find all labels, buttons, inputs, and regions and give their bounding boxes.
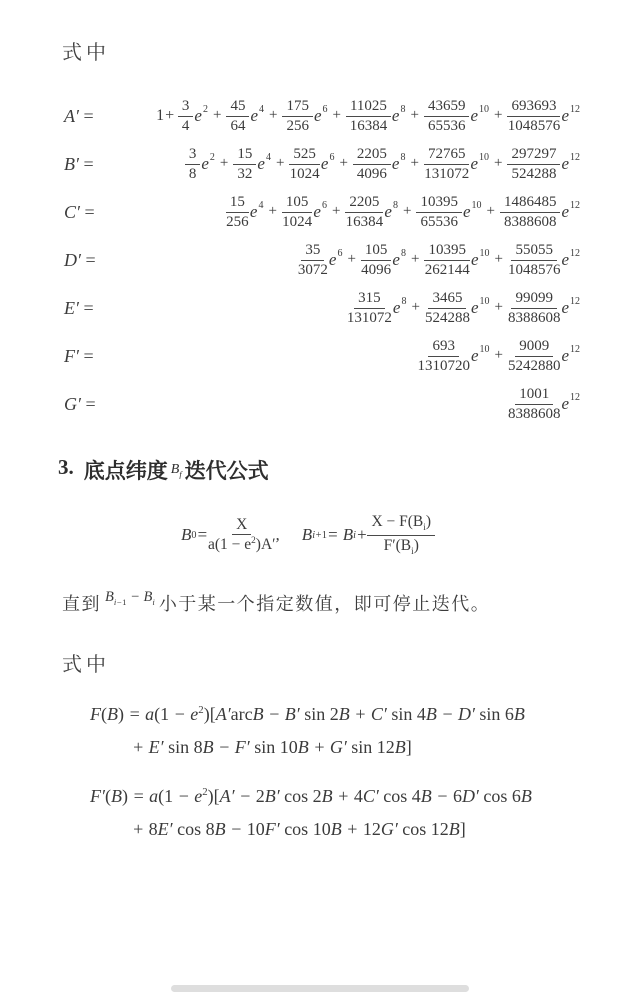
fpb-formula: F′(B) = a(1 − e2)[A′ − 2B′ cos 2B + 4C′ …: [90, 780, 532, 846]
fraction: 22054096: [353, 146, 391, 183]
plus-operator: +: [486, 203, 494, 220]
coefficient-equations: A′ = 1+34e2+4564e4+175256e6+1102516384e8…: [64, 92, 580, 428]
heading-text-post: 迭代公式: [185, 460, 269, 483]
fraction: 6931310720: [417, 338, 470, 375]
fraction: 220516384: [345, 194, 383, 231]
e-variable: e: [470, 154, 478, 174]
e-variable: e: [250, 202, 258, 222]
e-exponent: 4: [266, 152, 271, 163]
e-variable: e: [470, 106, 478, 126]
equation-label: B′ =: [64, 154, 122, 175]
plus-operator: +: [332, 203, 340, 220]
e-exponent: 2: [210, 152, 215, 163]
stop-condition-chinese: 小于某一个指定数值，即可停止迭代。: [159, 590, 491, 616]
where-label-bottom: 式中: [62, 648, 110, 677]
e-exponent: 8: [401, 248, 406, 259]
equation-label: D′ =: [64, 250, 122, 271]
e-variable: e: [329, 250, 337, 270]
plus-operator: +: [220, 155, 228, 172]
fraction: 353072: [298, 242, 328, 279]
fraction: 1054096: [361, 242, 392, 279]
fraction: 10395262144: [424, 242, 470, 279]
fraction: 15256: [226, 194, 249, 231]
e-exponent: 8: [400, 152, 405, 163]
fpb-formula-line2: + 8E′ cos 8B − 10F′ cos 10B + 12G′ cos 1…: [90, 813, 532, 846]
e-variable: e: [561, 250, 569, 270]
e-exponent: 8: [393, 200, 398, 211]
e-exponent: 4: [259, 104, 264, 115]
fraction: 175256: [282, 98, 313, 135]
e-variable: e: [194, 106, 202, 126]
equation-row: E′ = 315131072e8+3465524288e10+990998388…: [64, 284, 580, 332]
plus-operator: +: [494, 107, 502, 124]
fraction: 34: [178, 98, 194, 135]
iteration-formula: B0 = Xa(1 − e2)A′,Bi+1 = Bi + X − F(Bi)F…: [0, 500, 628, 570]
equation-terms: 38e2+1532e4+5251024e6+22054096e8+7276513…: [185, 146, 580, 183]
fpb-formula-line1: F′(B) = a(1 − e2)[A′ − 2B′ cos 2B + 4C′ …: [90, 780, 532, 813]
e-variable: e: [384, 202, 392, 222]
e-variable: e: [392, 250, 400, 270]
plus-operator: +: [269, 107, 277, 124]
fraction: 315131072: [347, 290, 392, 327]
plus-operator: +: [333, 107, 341, 124]
e-exponent: 12: [570, 200, 580, 211]
fraction: 38: [185, 146, 201, 183]
fraction: Xa(1 − e2)A′: [208, 516, 276, 554]
e-variable: e: [561, 106, 569, 126]
e-exponent: 12: [570, 104, 580, 115]
equation-label: A′ =: [64, 106, 122, 127]
equation-row: A′ = 1+34e2+4564e4+175256e6+1102516384e8…: [64, 92, 580, 140]
fraction: 297297524288: [507, 146, 560, 183]
fraction: 1102516384: [346, 98, 391, 135]
e-variable: e: [250, 106, 258, 126]
fraction: 1532: [233, 146, 256, 183]
equation-terms: 15256e4+1051024e6+220516384e8+1039565536…: [226, 194, 580, 231]
document-page: 式中 A′ = 1+34e2+4564e4+175256e6+110251638…: [0, 0, 640, 994]
e-variable: e: [471, 298, 479, 318]
fraction: 550551048576: [508, 242, 561, 279]
equation-label: E′ =: [64, 298, 122, 319]
e-variable: e: [393, 298, 401, 318]
equation-label: C′ =: [64, 202, 122, 223]
plus-operator: +: [410, 155, 418, 172]
fraction: X − F(Bi)F′(Bi): [367, 513, 435, 557]
fb-formula-line2: + E′ sin 8B − F′ sin 10B + G′ sin 12B]: [90, 731, 525, 764]
fb-formula: F(B) = a(1 − e2)[A′arcB − B′ sin 2B + C′…: [90, 698, 525, 764]
plus-operator: +: [268, 203, 276, 220]
heading-text-pre: 底点纬度: [84, 460, 168, 483]
e-exponent: 6: [322, 200, 327, 211]
plus-operator: +: [411, 299, 419, 316]
stop-condition-chinese: 直到: [62, 590, 101, 616]
plus-operator: +: [411, 251, 419, 268]
e-variable: e: [561, 394, 569, 414]
where-label-top: 式中: [62, 36, 110, 65]
e-variable: e: [561, 298, 569, 318]
e-exponent: 12: [570, 392, 580, 403]
fraction: 5251024: [289, 146, 320, 183]
e-exponent: 12: [570, 296, 580, 307]
fraction: 990998388608: [508, 290, 561, 327]
equation-row: B′ = 38e2+1532e4+5251024e6+22054096e8+72…: [64, 140, 580, 188]
e-exponent: 2: [203, 104, 208, 115]
stop-condition-text: 直到Bi−1 − Bi小于某一个指定数值，即可停止迭代。: [62, 590, 490, 616]
equation-row: C′ = 15256e4+1051024e6+220516384e8+10395…: [64, 188, 580, 236]
fraction: 6936931048576: [507, 98, 560, 135]
e-variable: e: [561, 202, 569, 222]
e-exponent: 10: [471, 200, 481, 211]
equation-row: F′ = 6931310720e10+90095242880e12: [64, 332, 580, 380]
e-exponent: 12: [570, 152, 580, 163]
fraction: 4564: [226, 98, 249, 135]
equation-terms: 315131072e8+3465524288e10+990998388608e1…: [347, 290, 580, 327]
equation-terms: 10018388608e12: [508, 386, 580, 423]
fraction: 1039565536: [416, 194, 462, 231]
fraction: 4365965536: [424, 98, 470, 135]
plus-operator: +: [494, 299, 502, 316]
e-exponent: 10: [479, 104, 489, 115]
e-exponent: 10: [479, 344, 489, 355]
plus-operator: +: [339, 155, 347, 172]
e-variable: e: [314, 106, 322, 126]
equation-row: G′ = 10018388608e12: [64, 380, 580, 428]
equation-terms: 1+34e2+4564e4+175256e6+1102516384e8+4365…: [156, 98, 580, 135]
e-exponent: 6: [323, 104, 328, 115]
fraction: 1051024: [282, 194, 313, 231]
e-exponent: 8: [401, 296, 406, 307]
e-variable: e: [313, 202, 321, 222]
section-heading: 3. 底点纬度Bf迭代公式: [58, 455, 269, 485]
fraction: 72765131072: [424, 146, 470, 183]
fraction: 14864858388608: [500, 194, 561, 231]
e-variable: e: [392, 154, 400, 174]
e-variable: e: [257, 154, 265, 174]
e-exponent: 12: [570, 248, 580, 259]
e-exponent: 10: [479, 152, 489, 163]
e-variable: e: [463, 202, 471, 222]
heading-number: 3.: [58, 455, 74, 480]
e-variable: e: [561, 154, 569, 174]
plus-operator: +: [494, 155, 502, 172]
e-exponent: 8: [400, 104, 405, 115]
e-exponent: 12: [570, 344, 580, 355]
e-variable: e: [471, 346, 479, 366]
plus-operator: +: [494, 251, 502, 268]
e-variable: e: [201, 154, 209, 174]
fb-formula-line1: F(B) = a(1 − e2)[A′arcB − B′ sin 2B + C′…: [90, 698, 525, 731]
e-variable: e: [561, 346, 569, 366]
plus-operator: +: [347, 251, 355, 268]
fraction: 3465524288: [425, 290, 470, 327]
equation-label: F′ =: [64, 346, 122, 367]
e-exponent: 10: [479, 248, 489, 259]
e-variable: e: [392, 106, 400, 126]
bottom-scroll-indicator: [171, 985, 469, 992]
e-exponent: 4: [258, 200, 263, 211]
e-exponent: 10: [479, 296, 489, 307]
e-variable: e: [471, 250, 479, 270]
plus-operator: +: [213, 107, 221, 124]
footpoint-latitude-symbol: Bf: [171, 462, 182, 477]
fraction: 10018388608: [508, 386, 561, 423]
e-exponent: 6: [329, 152, 334, 163]
equation-row: D′ = 353072e6+1054096e8+10395262144e10+5…: [64, 236, 580, 284]
plus-operator: +: [494, 347, 502, 364]
e-exponent: 6: [337, 248, 342, 259]
fraction: 90095242880: [508, 338, 561, 375]
equation-terms: 6931310720e10+90095242880e12: [417, 338, 580, 375]
equation-terms: 353072e6+1054096e8+10395262144e10+550551…: [298, 242, 580, 279]
stop-condition-math: Bi−1 − Bi: [105, 589, 155, 607]
plus-operator: +: [403, 203, 411, 220]
equation-label: G′ =: [64, 394, 122, 415]
plus-operator: +: [276, 155, 284, 172]
plus-operator: +: [410, 107, 418, 124]
e-variable: e: [321, 154, 329, 174]
